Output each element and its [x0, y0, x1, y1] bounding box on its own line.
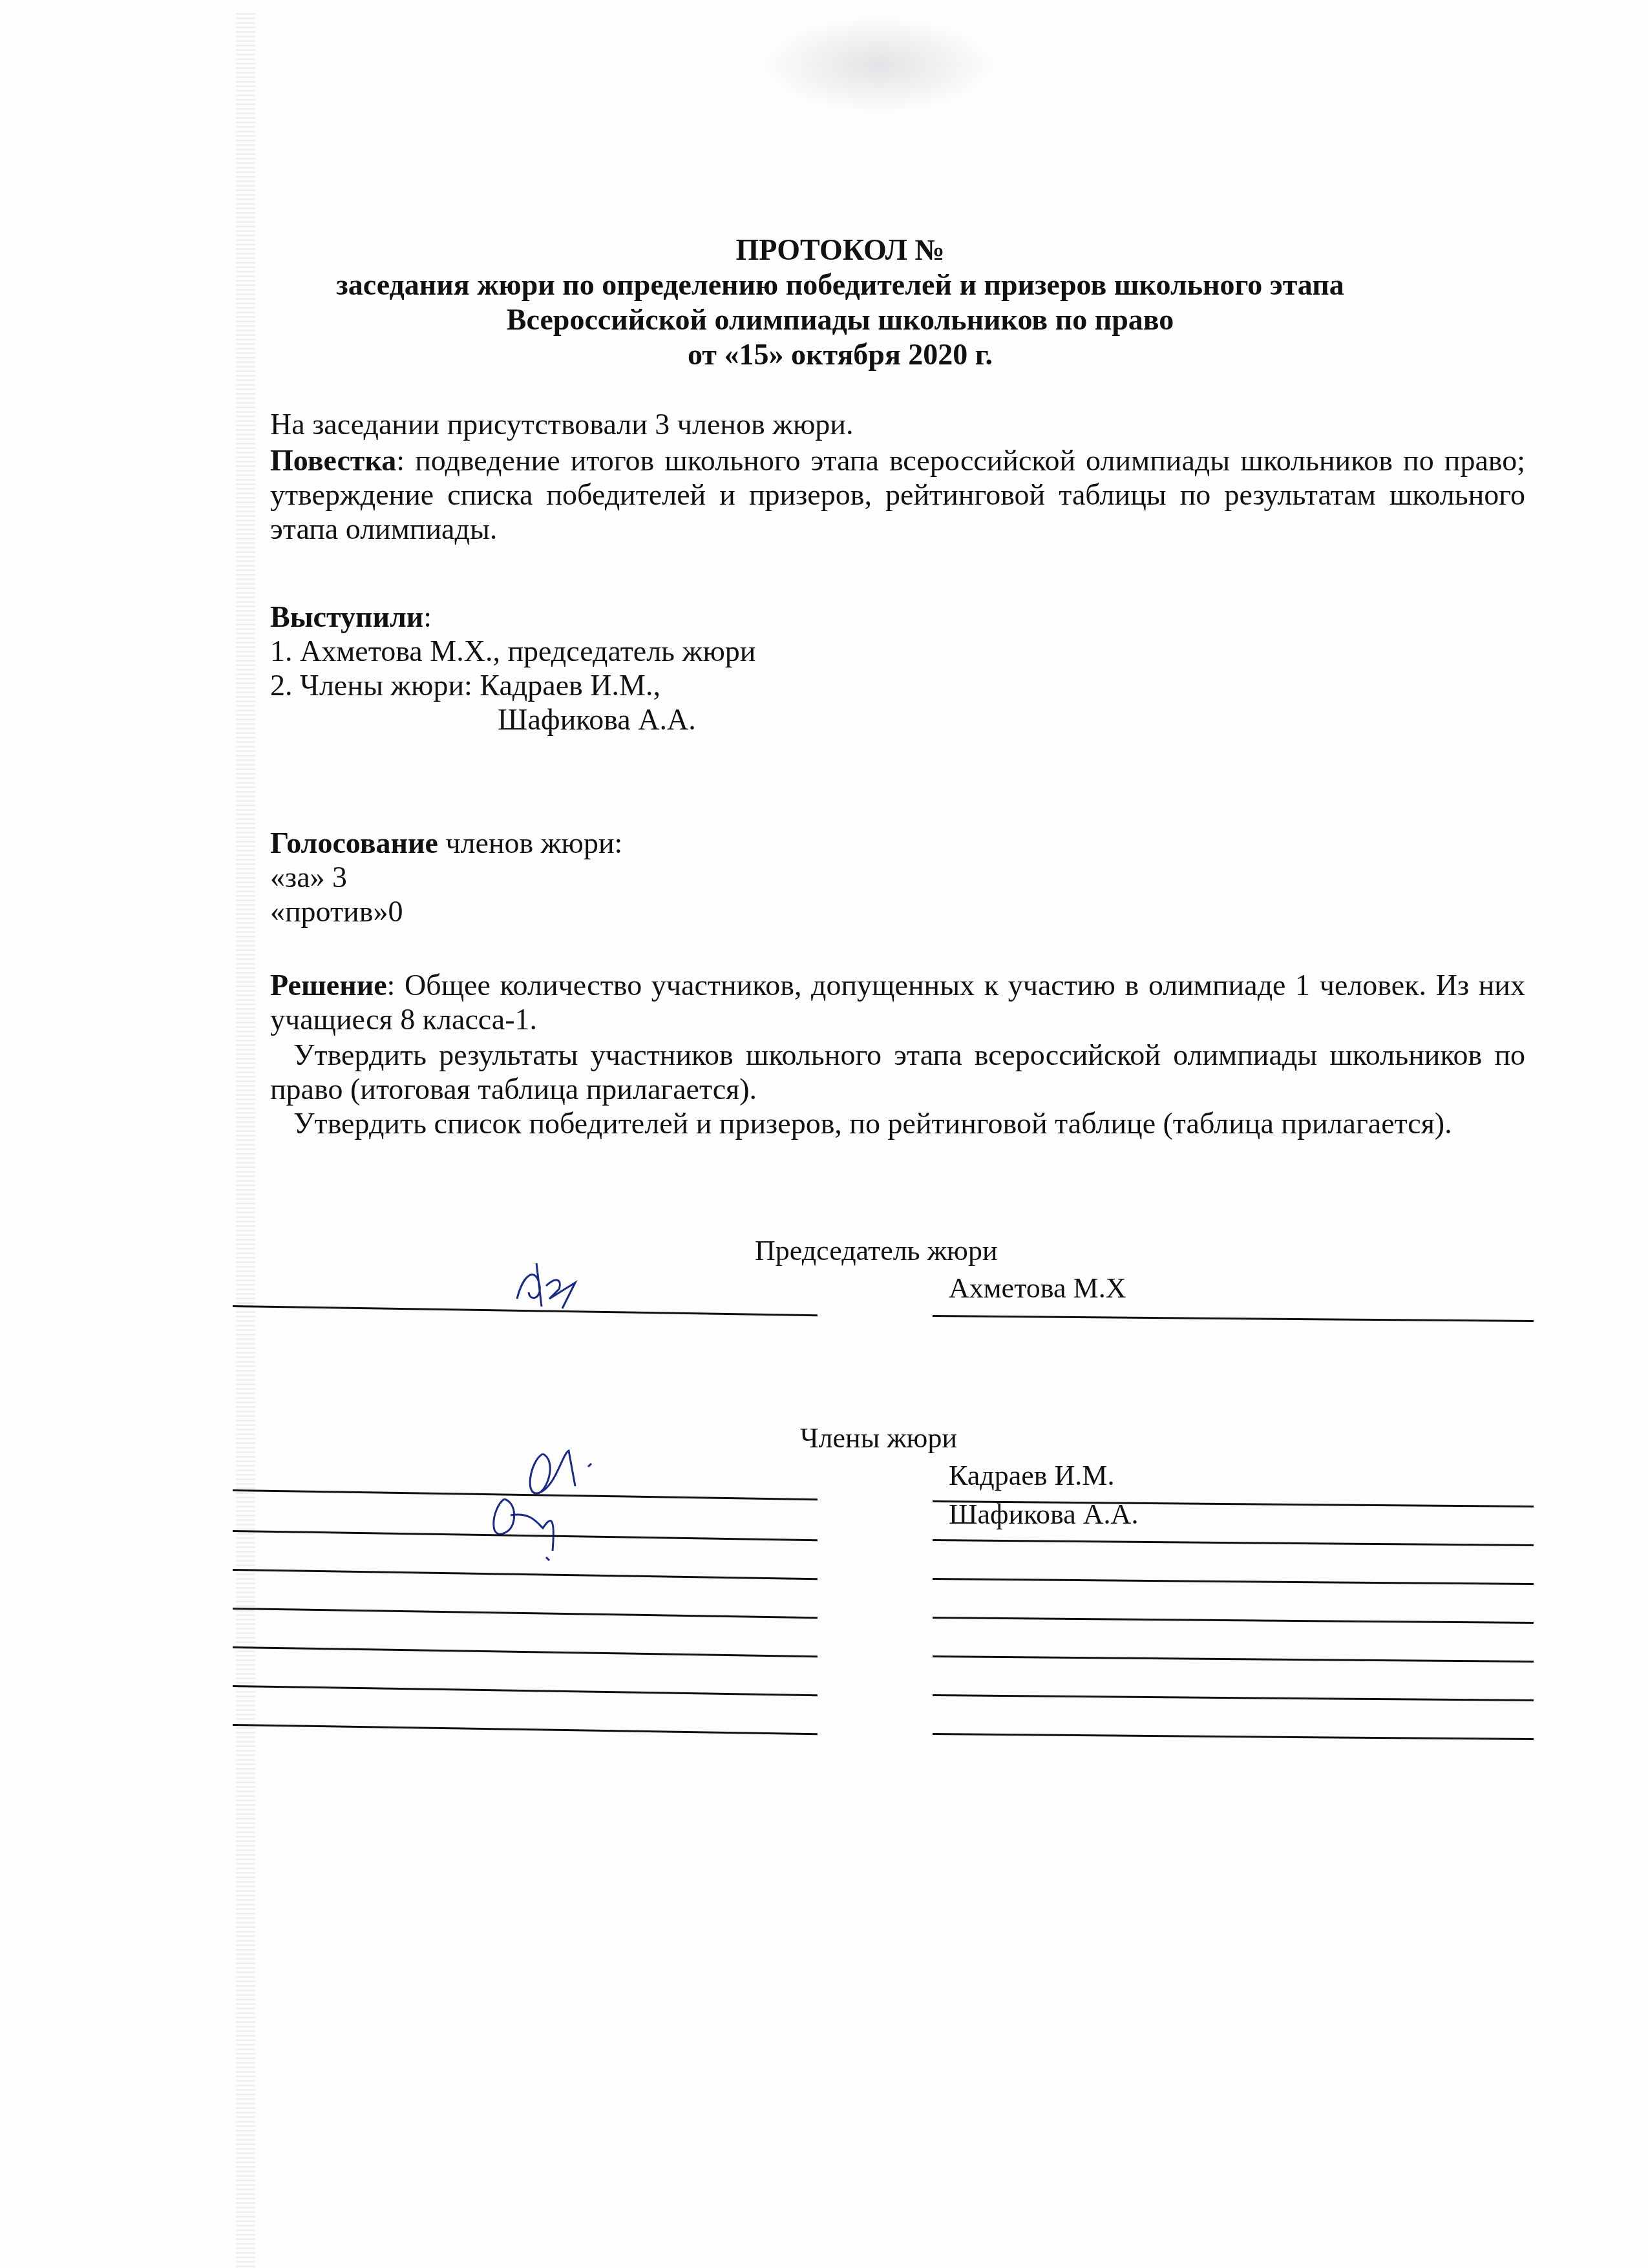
member-signature-line [233, 1569, 818, 1580]
agenda-text: : подведение итогов школьного этапа всер… [270, 444, 1525, 545]
document-subtitle-line2: Всероссийской олимпиады школьников по пр… [226, 302, 1454, 337]
member-signature-line [233, 1646, 818, 1657]
chair-name-line [933, 1315, 1534, 1322]
members-signature [478, 1447, 646, 1564]
document-header: ПРОТОКОЛ № заседания жюри по определению… [226, 233, 1454, 372]
scan-artifact-smudge [763, 16, 995, 113]
decision-text: : Общее количество участников, допущенны… [270, 969, 1525, 1036]
chair-signature [511, 1260, 601, 1312]
member-signature-line [233, 1608, 818, 1619]
decision-label: Решение [270, 969, 387, 1002]
member-name-line [933, 1655, 1534, 1663]
chair-name: Ахметова М.Х [949, 1272, 1126, 1305]
speakers-section: Выступили: 1. Ахметова М.Х., председател… [270, 600, 1525, 737]
speakers-label: Выступили [270, 600, 423, 633]
member-name-1: Кадраев И.М. [949, 1459, 1114, 1492]
speaker-item: 1. Ахметова М.Х., председатель жюри [270, 634, 1525, 668]
voting-label: Голосование [270, 826, 438, 859]
chair-heading: Председатель жюри [755, 1234, 998, 1267]
members-heading: Члены жюри [800, 1422, 957, 1454]
member-signature-line [233, 1685, 818, 1696]
voting-text: членов жюри: [438, 826, 622, 859]
member-name-line [933, 1694, 1534, 1701]
member-signature-line [233, 1724, 818, 1735]
agenda-label: Повестка [270, 444, 396, 477]
member-name-line [933, 1578, 1534, 1585]
speaker-item: 2. Члены жюри: Кадраев И.М., [270, 668, 1525, 702]
member-name-line [933, 1617, 1534, 1624]
document-subtitle-line1: заседания жюри по определению победителе… [226, 268, 1454, 302]
attendance-text: На заседании присутствовали 3 членов жюр… [270, 407, 1525, 441]
member-name-line [933, 1539, 1534, 1546]
voting-section: Голосование членов жюри: «за» 3 «против»… [270, 826, 1525, 929]
decision-paragraph: Решение: Общее количество участников, до… [270, 968, 1525, 1036]
vote-against: «против»0 [270, 894, 1525, 929]
member-name-line [933, 1733, 1534, 1740]
speakers-colon: : [423, 600, 432, 633]
document-title: ПРОТОКОЛ № [226, 233, 1454, 268]
decision-paragraph-2: Утвердить результаты участников школьног… [270, 1038, 1525, 1106]
document-date: от «15» октября 2020 г. [226, 337, 1454, 372]
agenda-paragraph: Повестка: подведение итогов школьного эт… [270, 443, 1525, 546]
decision-paragraph-3: Утвердить список победителей и призеров,… [270, 1106, 1525, 1140]
vote-for: «за» 3 [270, 860, 1525, 894]
speaker-continuation: Шафикова А.А. [270, 702, 1525, 737]
